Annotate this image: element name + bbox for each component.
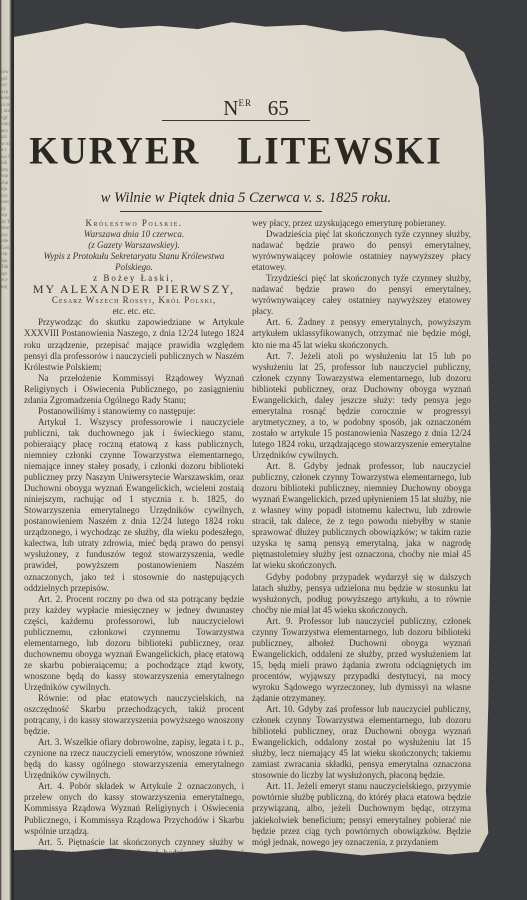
paragraph: wey płacy, przez uzyskującego emeryturę …	[252, 218, 471, 229]
article-11: Art. 11. Jeżeli emeryt stanu nauczyciels…	[252, 781, 471, 847]
paragraph: Dwadzieścia pięć lat skończonych tyż̇e c…	[252, 229, 471, 273]
place-date: Warszawa dnia 10 czerwca.	[24, 229, 244, 240]
paragraph: Postanowiliśmy i stanowiemy co następuje…	[24, 406, 244, 417]
right-column: wey płacy, przez uzyskującego emeryturę …	[252, 218, 471, 848]
masthead-rule-top	[162, 120, 310, 121]
article-2: Art. 2. Procent roczny po dwa od sta pot…	[24, 594, 244, 693]
adjacent-page-strip: nrwpsfwy ayp kolejn tej nia ngf wpo aey …	[0, 0, 12, 900]
issue-label: NER	[223, 96, 252, 120]
binding-spine	[12, 0, 14, 900]
article-5: Art. 5. Piętnaście lat skończonych czynn…	[24, 837, 244, 881]
issue-number: NER 65	[14, 96, 498, 121]
paragraph: Przywodząc do skutku zapowiedziane w Art…	[24, 317, 244, 372]
article-3: Art. 3. Wszelkie ofiary dobrowolne, zapi…	[24, 737, 244, 781]
article-7: Art. 7. Jeżeli atoli po wysłużeniu lat 1…	[252, 351, 471, 461]
adjacent-page-text: nrwpsfwy ayp kolejn tej nia ngf wpo aey …	[1, 70, 10, 830]
article-10: Art. 10. Gdyby zaś professor lub nauczyc…	[252, 704, 471, 781]
dateline: w Wilnie w Piątek dnia 5 Czerwca v. s. 1…	[4, 190, 488, 207]
etc-line: etc. etc. etc.	[24, 306, 244, 317]
article-4: Art. 4. Pobór składek w Artykule 2 oznac…	[24, 781, 244, 836]
masthead-rule-bottom	[120, 211, 322, 212]
article-8: Art. 8. Gdyby jednak professor, lub nauc…	[252, 461, 471, 571]
paragraph: Na przełożenie Kommissyi Rządowey Wyznań…	[24, 373, 244, 406]
paragraph: Trzydzieści pięć lat skończonych tyż̇e c…	[252, 273, 471, 317]
monarch-titles: Cesarz Wszech Rossyi, Król Polski,	[24, 295, 244, 306]
paragraph: Równie: od płac etatowych nauczycielskic…	[24, 693, 244, 737]
article-9: Art. 9. Professor lub nauczyciel publicz…	[252, 616, 471, 704]
monarch-name: MY ALEXANDER PIERWSZY,	[24, 284, 244, 295]
article-1: Artykuł 1. Wszyscy professorowie i naucz…	[24, 417, 244, 594]
section-heading: Królestwo Polskie.	[24, 218, 244, 229]
newspaper-title: KURYER LITEWSKI	[0, 129, 478, 174]
article-6: Art. 6. Żadney z pensyy emerytalnych, po…	[252, 317, 471, 350]
protocol-heading: Wypis z Protokułu Sekretaryatu Stanu Kró…	[24, 251, 244, 273]
source-note: (z Gazety Warszawskiey).	[24, 240, 244, 251]
paragraph: Gdyby podobny przypadek wydarzył się w d…	[252, 572, 471, 616]
newspaper-page: NER 65 KURYER LITEWSKI w Wilnie w Piątek…	[14, 18, 498, 876]
left-column: Królestwo Polskie. Warszawa dnia 10 czer…	[24, 218, 244, 881]
